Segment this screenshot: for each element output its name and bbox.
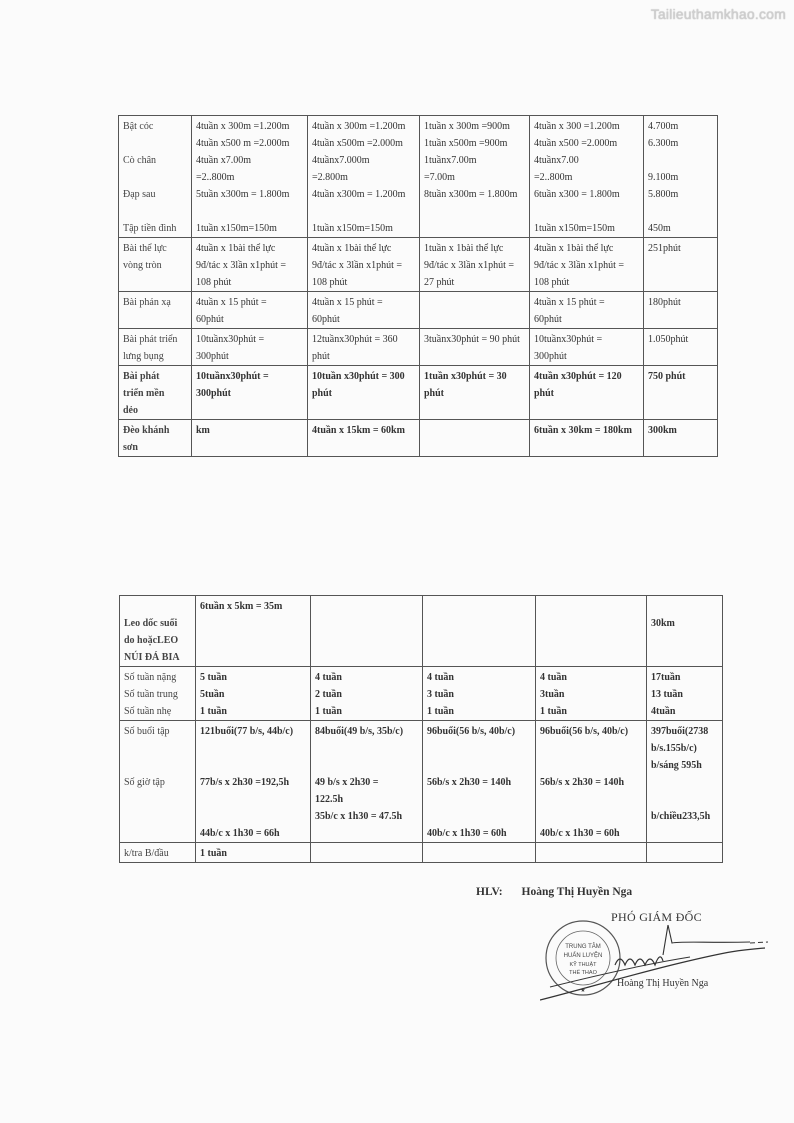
cell-line — [200, 757, 306, 774]
cell-line: 4tuần x 300m =1.200m — [312, 118, 415, 135]
row-label-line: Cò chân — [123, 152, 187, 169]
cell-line: 450m — [648, 220, 713, 237]
cell-line: 397buổi(2738 — [651, 723, 718, 740]
table-cell: 121buổi(77 b/s, 44b/c)77b/s x 2h30 =192,… — [196, 721, 311, 843]
table-cell: 12tuầnx30phút = 360phút — [308, 329, 420, 366]
cell-line: 10tuầnx30phút = — [196, 368, 303, 385]
deputy-director-title: PHÓ GIÁM ĐỐC — [611, 910, 702, 925]
cell-line — [651, 774, 718, 791]
row-label-line: Số buổi tập — [124, 723, 191, 740]
table-cell: 3tuầnx30phút = 90 phút — [420, 329, 530, 366]
cell-line: 4.700m — [648, 118, 713, 135]
cell-line: =2..800m — [534, 169, 639, 186]
coach-label: HLV: — [476, 886, 503, 898]
cell-line — [540, 598, 642, 615]
cell-line: 4tuần x 15km = 60km — [312, 422, 415, 439]
cell-line: 4tuần x500m =2.000m — [312, 135, 415, 152]
table-cell: 10tuầnx30phút =300phút — [530, 329, 644, 366]
table-cell: 4tuần x 15 phút =60phút — [192, 292, 308, 329]
cell-line: 6tuần x300 = 1.800m — [534, 186, 639, 203]
cell-line: 4 tuần — [315, 669, 418, 686]
table-row: k/tra B/đầu1 tuần — [120, 843, 723, 863]
cell-line: 108 phút — [534, 274, 639, 291]
table-cell: 10tuần x30phút = 300phút — [308, 366, 420, 420]
table-cell: 4tuần x 15 phút =60phút — [308, 292, 420, 329]
cell-line: 12tuầnx30phút = 360 — [312, 331, 415, 348]
table-cell: 6tuần x 5km = 35m — [196, 596, 311, 667]
cell-line: 122.5h — [315, 791, 418, 808]
table-cell: 4tuần x30phút = 120phút — [530, 366, 644, 420]
cell-line: 4tuầnx7.00 — [534, 152, 639, 169]
cell-line — [312, 203, 415, 220]
cell-line: 4tuần x 300m =1.200m — [196, 118, 303, 135]
cell-line: 1tuần x30phút = 30 — [424, 368, 525, 385]
table-cell: 4 tuần3tuần1 tuần — [536, 667, 647, 721]
table-row: Bài phát triểnlưng bụng10tuầnx30phút =30… — [119, 329, 718, 366]
row-label-line: dẻo — [123, 402, 187, 419]
cell-line: 4tuầnx7.000m — [312, 152, 415, 169]
row-label: Bài phản xạ — [119, 292, 192, 329]
cell-line: 27 phút — [424, 274, 525, 291]
row-label-line — [124, 825, 191, 842]
cell-line — [315, 740, 418, 757]
cell-line — [200, 808, 306, 825]
row-label-line — [124, 808, 191, 825]
cell-line: 10tuần x30phút = 300 — [312, 368, 415, 385]
row-label: Số tuần nặngSố tuần trungSố tuần nhẹ — [120, 667, 196, 721]
cell-line — [651, 845, 718, 862]
table-cell: 17tuần13 tuần4tuần — [647, 667, 723, 721]
cell-line: 4tuần x 1bài thể lực — [534, 240, 639, 257]
table-row: Bài thể lựcvòng tròn4tuần x 1bài thể lực… — [119, 238, 718, 292]
cell-line — [540, 740, 642, 757]
row-label-line: Bài phát — [123, 368, 187, 385]
cell-line: 1 tuần — [200, 845, 306, 862]
table-cell — [311, 843, 423, 863]
table-cell: 180phút — [644, 292, 718, 329]
cell-line — [315, 757, 418, 774]
row-label-line: Leo dốc suối — [124, 615, 191, 632]
cell-line: 121buổi(77 b/s, 44b/c) — [200, 723, 306, 740]
cell-line — [540, 808, 642, 825]
row-label-line: Số tuần nhẹ — [124, 703, 191, 720]
table-cell: 4tuần x 1bài thể lực9đ/tác x 3lần x1phút… — [192, 238, 308, 292]
row-label-line — [123, 135, 187, 152]
table-cell: 4tuần x 15 phút =60phút — [530, 292, 644, 329]
coach-signature-line: HLV: Hoàng Thị Huyền Nga — [476, 886, 632, 898]
table-row: Số buổi tậpSố giờ tập121buổi(77 b/s, 44b… — [120, 721, 723, 843]
cell-line: 49 b/s x 2h30 = — [315, 774, 418, 791]
cell-line: 300phút — [196, 348, 303, 365]
row-label-line: Số tuần trung — [124, 686, 191, 703]
row-label-line — [123, 203, 187, 220]
row-label-line — [124, 791, 191, 808]
table-cell — [423, 843, 536, 863]
row-label-line: Bài phát triển — [123, 331, 187, 348]
table-cell: 4tuần x 300 =1.200m4tuần x500 =2.000m4tu… — [530, 116, 644, 238]
row-label-line: lưng bụng — [123, 348, 187, 365]
cell-line: 5 tuần — [200, 669, 306, 686]
cell-line: 5tuần — [200, 686, 306, 703]
cell-line: 60phút — [534, 311, 639, 328]
table-cell: 10tuầnx30phút =300phút — [192, 329, 308, 366]
cell-line — [196, 203, 303, 220]
row-label-line — [124, 598, 191, 615]
cell-line: =2..800m — [196, 169, 303, 186]
cell-line: b/sáng 595h — [651, 757, 718, 774]
row-label: Bài thể lựcvòng tròn — [119, 238, 192, 292]
cell-line — [315, 598, 418, 615]
table-cell: 750 phút — [644, 366, 718, 420]
cell-line: 40b/c x 1h30 = 60h — [540, 825, 642, 842]
table-row: Bật cócCò chânĐạp sauTập tiền đình4tuần … — [119, 116, 718, 238]
row-label-line: do hoặcLEO — [124, 632, 191, 649]
cell-line: phút — [312, 385, 415, 402]
cell-line: 3 tuần — [427, 686, 531, 703]
table-cell: 30km — [647, 596, 723, 667]
cell-line: 4tuần x500 =2.000m — [534, 135, 639, 152]
cell-line — [534, 203, 639, 220]
table-cell — [420, 420, 530, 457]
table-cell: 4 tuần3 tuần1 tuần — [423, 667, 536, 721]
cell-line — [424, 422, 525, 439]
cell-line: 4tuần x 300 =1.200m — [534, 118, 639, 135]
table-cell — [647, 843, 723, 863]
cell-line: 300km — [648, 422, 713, 439]
cell-line: 4 tuần — [540, 669, 642, 686]
row-label-line — [123, 169, 187, 186]
cell-line: 4tuần x30phút = 120 — [534, 368, 639, 385]
cell-line: b/s.155b/c) — [651, 740, 718, 757]
cell-line: 60phút — [312, 311, 415, 328]
row-label: Bật cócCò chânĐạp sauTập tiền đình — [119, 116, 192, 238]
row-label: Bài phát triểnlưng bụng — [119, 329, 192, 366]
cell-line: 108 phút — [312, 274, 415, 291]
row-label: Đèo khánhsơn — [119, 420, 192, 457]
cell-line: 35b/c x 1h30 = 47.5h — [315, 808, 418, 825]
cell-line: 1tuần x150m=150m — [534, 220, 639, 237]
cell-line: 3tuầnx30phút = 90 phút — [424, 331, 525, 348]
row-label-line: Tập tiền đình — [123, 220, 187, 237]
cell-line: 4 tuần — [427, 669, 531, 686]
table-cell: 96buổi(56 b/s, 40b/c)56b/s x 2h30 = 140h… — [423, 721, 536, 843]
cell-line: 3tuần — [540, 686, 642, 703]
table-row: Đèo khánhsơnkm4tuần x 15km = 60km6tuần x… — [119, 420, 718, 457]
cell-line: 108 phút — [196, 274, 303, 291]
cell-line: 300phút — [196, 385, 303, 402]
row-label-line: Bật cóc — [123, 118, 187, 135]
cell-line: km — [196, 422, 303, 439]
table-cell: km — [192, 420, 308, 457]
table-cell — [420, 292, 530, 329]
signature-scribble-icon — [540, 915, 770, 1005]
table-cell: 4tuần x 1bài thể lực9đ/tác x 3lần x1phút… — [530, 238, 644, 292]
row-label-line: Đèo khánh — [123, 422, 187, 439]
table-cell: 1tuần x 300m =900m1tuần x500m =900m1tuần… — [420, 116, 530, 238]
table-cell: 1tuần x30phút = 30phút — [420, 366, 530, 420]
cell-line — [651, 598, 718, 615]
coach-name: Hoàng Thị Huyền Nga — [522, 886, 633, 898]
cell-line — [427, 757, 531, 774]
cell-line: 1 tuần — [315, 703, 418, 720]
cell-line — [427, 808, 531, 825]
cell-line: 4tuần x7.00m — [196, 152, 303, 169]
cell-line: 9đ/tác x 3lần x1phút = — [534, 257, 639, 274]
cell-line: 9đ/tác x 3lần x1phút = — [424, 257, 525, 274]
table-cell: 397buổi(2738b/s.155b/c)b/sáng 595hb/chiề… — [647, 721, 723, 843]
cell-line — [200, 791, 306, 808]
table-cell: 4tuần x 300m =1.200m4tuần x500 m =2.000m… — [192, 116, 308, 238]
row-label-line: vòng tròn — [123, 257, 187, 274]
row-label-line: Số giờ tập — [124, 774, 191, 791]
row-label-line — [124, 740, 191, 757]
cell-line: 1 tuần — [200, 703, 306, 720]
cell-line: 9đ/tác x 3lần x1phút = — [312, 257, 415, 274]
row-label-line: triển mền — [123, 385, 187, 402]
cell-line: 56b/s x 2h30 = 140h — [427, 774, 531, 791]
cell-line: 4tuần x 1bài thể lực — [196, 240, 303, 257]
cell-line — [651, 791, 718, 808]
cell-line: =2.800m — [312, 169, 415, 186]
cell-line: 4tuần x 1bài thể lực — [312, 240, 415, 257]
cell-line: 96buổi(56 b/s, 40b/c) — [540, 723, 642, 740]
table-row: Số tuần nặngSố tuần trungSố tuần nhẹ5 tu… — [120, 667, 723, 721]
cell-line: 96buổi(56 b/s, 40b/c) — [427, 723, 531, 740]
table-cell: 10tuầnx30phút =300phút — [192, 366, 308, 420]
row-label: Số buổi tậpSố giờ tập — [120, 721, 196, 843]
training-volume-table-2: Leo dốc suốido hoặcLEONÚI ĐÁ BIA6tuần x … — [119, 595, 723, 863]
table-cell — [536, 596, 647, 667]
cell-line: =7.00m — [424, 169, 525, 186]
row-label-line: NÚI ĐÁ BIA — [124, 649, 191, 666]
cell-line: 1tuần x150m=150m — [312, 220, 415, 237]
cell-line: 1tuần x500m =900m — [424, 135, 525, 152]
cell-line — [427, 598, 531, 615]
table-cell — [311, 596, 423, 667]
row-label-line — [124, 757, 191, 774]
cell-line — [424, 203, 525, 220]
cell-line: 6tuần x 30km = 180km — [534, 422, 639, 439]
table-cell: 1tuần x 1bài thể lực9đ/tác x 3lần x1phút… — [420, 238, 530, 292]
cell-line: 56b/s x 2h30 = 140h — [540, 774, 642, 791]
cell-line: 84buổi(49 b/s, 35b/c) — [315, 723, 418, 740]
cell-line: 5tuần x300m = 1.800m — [196, 186, 303, 203]
cell-line: 1 tuần — [540, 703, 642, 720]
table-cell: 6tuần x 30km = 180km — [530, 420, 644, 457]
table-cell: 1 tuần — [196, 843, 311, 863]
cell-line: 2 tuần — [315, 686, 418, 703]
cell-line: phút — [534, 385, 639, 402]
table-cell: 4tuần x 300m =1.200m4tuần x500m =2.000m4… — [308, 116, 420, 238]
row-label: Leo dốc suốido hoặcLEONÚI ĐÁ BIA — [120, 596, 196, 667]
cell-line: 60phút — [196, 311, 303, 328]
cell-line: 4tuần x 15 phút = — [196, 294, 303, 311]
table-cell: 4tuần x 15km = 60km — [308, 420, 420, 457]
cell-line: 1tuầnx7.00m — [424, 152, 525, 169]
cell-line: 30km — [651, 615, 718, 632]
cell-line: 13 tuần — [651, 686, 718, 703]
cell-line: 300phút — [534, 348, 639, 365]
cell-line: phút — [312, 348, 415, 365]
cell-line — [540, 757, 642, 774]
row-label-line: sơn — [123, 439, 187, 456]
cell-line — [424, 220, 525, 237]
cell-line: 4tuần x300m = 1.200m — [312, 186, 415, 203]
row-label-line: Đạp sau — [123, 186, 187, 203]
table-row: Bài pháttriển mềndẻo10tuầnx30phút =300ph… — [119, 366, 718, 420]
cell-line: 1 tuần — [427, 703, 531, 720]
table-cell: 300km — [644, 420, 718, 457]
cell-line — [540, 845, 642, 862]
training-volume-table-1: Bật cócCò chânĐạp sauTập tiền đình4tuần … — [118, 115, 718, 457]
cell-line: 750 phút — [648, 368, 713, 385]
row-label-line: Số tuần nặng — [124, 669, 191, 686]
cell-line: 1tuần x 300m =900m — [424, 118, 525, 135]
table-row: Leo dốc suốido hoặcLEONÚI ĐÁ BIA6tuần x … — [120, 596, 723, 667]
cell-line: 77b/s x 2h30 =192,5h — [200, 774, 306, 791]
cell-line: 8tuần x300m = 1.800m — [424, 186, 525, 203]
cell-line: 9đ/tác x 3lần x1phút = — [196, 257, 303, 274]
cell-line: 6tuần x 5km = 35m — [200, 598, 306, 615]
cell-line: 9.100m — [648, 169, 713, 186]
table-cell: 251phút — [644, 238, 718, 292]
table-cell — [536, 843, 647, 863]
table-cell: 96buổi(56 b/s, 40b/c)56b/s x 2h30 = 140h… — [536, 721, 647, 843]
cell-line — [424, 294, 525, 311]
watermark: Tailieuthamkhao.com — [651, 6, 786, 22]
table-cell: 5 tuần5tuần1 tuần — [196, 667, 311, 721]
row-label-line: Bài phản xạ — [123, 294, 187, 311]
cell-line: phút — [424, 385, 525, 402]
cell-line: b/chiều233,5h — [651, 808, 718, 825]
table-cell: 1.050phút — [644, 329, 718, 366]
cell-line: 6.300m — [648, 135, 713, 152]
signer-name: Hoàng Thị Huyền Nga — [617, 978, 708, 989]
cell-line — [427, 791, 531, 808]
cell-line — [427, 740, 531, 757]
cell-line — [200, 740, 306, 757]
table-cell: 4tuần x 1bài thể lực9đ/tác x 3lần x1phút… — [308, 238, 420, 292]
cell-line: 17tuần — [651, 669, 718, 686]
cell-line: 4tuần x 15 phút = — [312, 294, 415, 311]
cell-line: 40b/c x 1h30 = 60h — [427, 825, 531, 842]
cell-line — [427, 845, 531, 862]
cell-line — [648, 152, 713, 169]
cell-line: 251phút — [648, 240, 713, 257]
table-row: Bài phản xạ4tuần x 15 phút =60phút4tuần … — [119, 292, 718, 329]
cell-line — [540, 791, 642, 808]
cell-line: 4tuần x500 m =2.000m — [196, 135, 303, 152]
table-cell — [423, 596, 536, 667]
cell-line: 1.050phút — [648, 331, 713, 348]
cell-line: 10tuầnx30phút = — [534, 331, 639, 348]
cell-line: 44b/c x 1h30 = 66h — [200, 825, 306, 842]
row-label: Bài pháttriển mềndẻo — [119, 366, 192, 420]
row-label-line: k/tra B/đầu — [124, 845, 191, 862]
table-cell: 4 tuần2 tuần1 tuần — [311, 667, 423, 721]
table-cell: 84buổi(49 b/s, 35b/c)49 b/s x 2h30 =122.… — [311, 721, 423, 843]
cell-line: 10tuầnx30phút = — [196, 331, 303, 348]
table-cell: 4.700m6.300m9.100m5.800m450m — [644, 116, 718, 238]
cell-line: 4tuần x 15 phút = — [534, 294, 639, 311]
cell-line — [315, 845, 418, 862]
cell-line: 1tuần x150m=150m — [196, 220, 303, 237]
cell-line: 4tuần — [651, 703, 718, 720]
cell-line — [648, 203, 713, 220]
row-label-line: Bài thể lực — [123, 240, 187, 257]
cell-line: 180phút — [648, 294, 713, 311]
cell-line: 1tuần x 1bài thể lực — [424, 240, 525, 257]
cell-line: 5.800m — [648, 186, 713, 203]
row-label: k/tra B/đầu — [120, 843, 196, 863]
